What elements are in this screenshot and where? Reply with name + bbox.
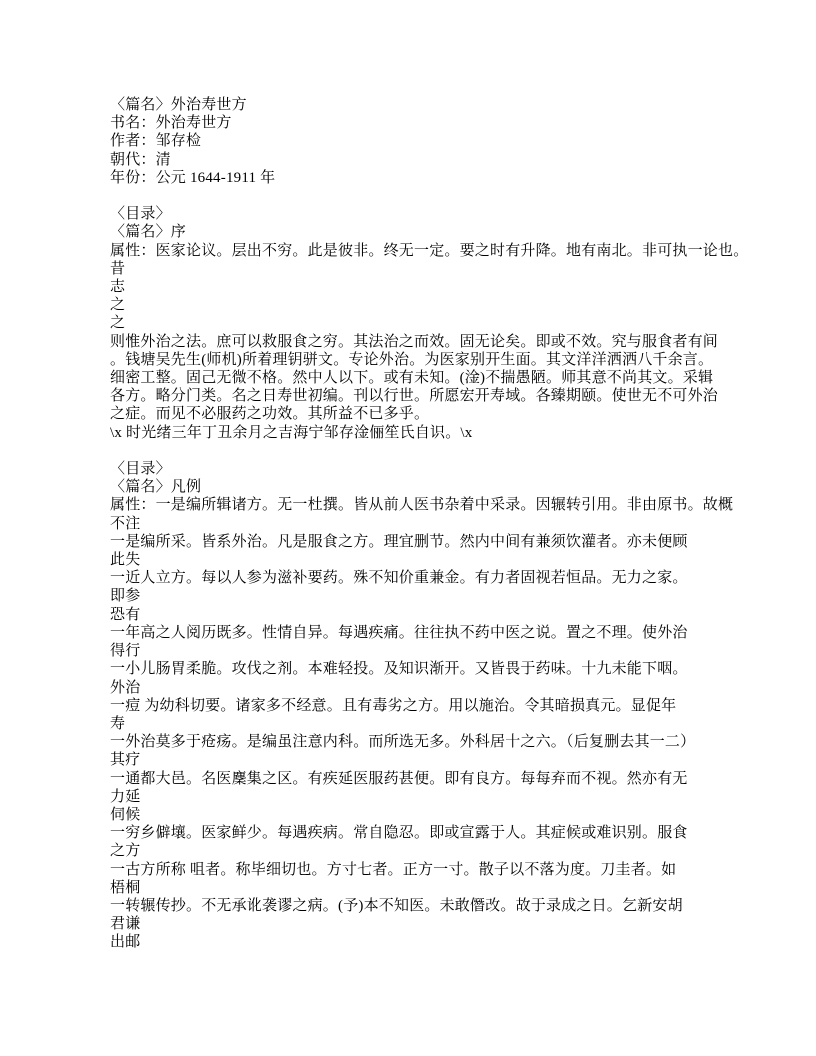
text-line: 即参 (110, 587, 726, 605)
text-line: 不注 (110, 515, 726, 533)
text-line: 志 (110, 278, 726, 296)
text-line: 属性：一是编所辑诸方。无一杜撰。皆从前人医书杂着中采录。因辗转引用。非由原书。故… (110, 496, 726, 514)
text-line (110, 187, 726, 205)
text-line: 之 (110, 296, 726, 314)
text-line: 一痘 为幼科切要。诸家多不经意。且有毒劣之方。用以施治。令其暗损真元。显促年 (110, 697, 726, 715)
text-line: 之方 (110, 842, 726, 860)
text-line: 一外治莫多于疮疡。是编虽注意内科。而所选无多。外科居十之六。（后复删去其一二） (110, 733, 726, 751)
text-line: 朝代：清 (110, 151, 726, 169)
text-line: 外治 (110, 679, 726, 697)
text-line: 其疗 (110, 751, 726, 769)
text-line: 一年高之人阅历既多。性情自异。每遇疾痛。往往执不药中医之说。置之不理。使外治 (110, 624, 726, 642)
text-line: 〈目录〉 (110, 205, 726, 223)
text-line: 。钱塘吴先生(师机)所着理钥骈文。专论外治。为医家别开生面。其文洋洋洒洒八千余言… (110, 351, 726, 369)
text-line: 一通都大邑。名医麇集之区。有疾延医服药甚便。即有良方。每每弃而不视。然亦有无 (110, 770, 726, 788)
text-line: 书名：外治寿世方 (110, 114, 726, 132)
text-line: 力延 (110, 788, 726, 806)
text-line: 伺候 (110, 806, 726, 824)
text-line: 君谦 (110, 915, 726, 933)
text-line: 〈目录〉 (110, 460, 726, 478)
text-line: 属性：医家论议。层出不穷。此是彼非。终无一定。要之时有升降。地有南北。非可执一论… (110, 242, 726, 260)
text-line: 〈篇名〉序 (110, 223, 726, 241)
text-line: 作者：邹存检 (110, 132, 726, 150)
text-line: 年份：公元 1644-1911 年 (110, 169, 726, 187)
document-body: 〈篇名〉外治寿世方书名：外治寿世方作者：邹存检朝代：清年份：公元 1644-19… (110, 96, 726, 952)
text-line: 一是编所采。皆系外治。凡是服食之方。理宜删节。然内中间有兼须饮灌者。亦未便顾 (110, 533, 726, 551)
text-line (110, 442, 726, 460)
text-line: \x 时光绪三年丁丑余月之吉海宁邹存淦俪笙氏自识。\x (110, 424, 726, 442)
text-line: 各方。略分门类。名之日寿世初编。刊以行世。所愿宏开寿域。各臻期颐。使世无不可外治 (110, 387, 726, 405)
text-line: 则惟外治之法。庶可以救服食之穷。其法治之而效。固无论矣。即或不效。究与服食者有间 (110, 333, 726, 351)
text-line: 一古方所称 咀者。称毕细切也。方寸七者。正方一寸。散子以不落为度。刀圭者。如 (110, 861, 726, 879)
text-line: 之症。而见不必服药之功效。其所益不已多乎。 (110, 405, 726, 423)
text-line: 此失 (110, 551, 726, 569)
text-line: 细密工整。固己无微不格。然中人以下。或有未知。(淦)不揣愚陋。师其意不尚其文。采… (110, 369, 726, 387)
text-line: 一近人立方。每以人参为滋补要药。殊不知价重兼金。有力者固视若恒品。无力之家。 (110, 569, 726, 587)
text-line: 一小儿肠胃柔脆。攻伐之剂。本难轻投。及知识渐开。又皆畏于药味。十九未能下咽。 (110, 660, 726, 678)
text-line: 梧桐 (110, 879, 726, 897)
text-line: 出邮 (110, 933, 726, 951)
text-line: 得行 (110, 642, 726, 660)
text-line: 〈篇名〉凡例 (110, 478, 726, 496)
text-line: 一转辗传抄。不无承讹袭谬之病。(予)本不知医。未敢僭改。故于录成之日。乞新安胡 (110, 897, 726, 915)
text-line: 一穷乡僻壤。医家鲜少。每遇疾病。常自隐忍。即或宣露于人。其症候或难识别。服食 (110, 824, 726, 842)
text-line: 〈篇名〉外治寿世方 (110, 96, 726, 114)
text-line: 昔 (110, 260, 726, 278)
document-page: 〈篇名〉外治寿世方书名：外治寿世方作者：邹存检朝代：清年份：公元 1644-19… (0, 0, 816, 1056)
text-line: 恐有 (110, 606, 726, 624)
text-line: 寿 (110, 715, 726, 733)
text-line: 之 (110, 314, 726, 332)
